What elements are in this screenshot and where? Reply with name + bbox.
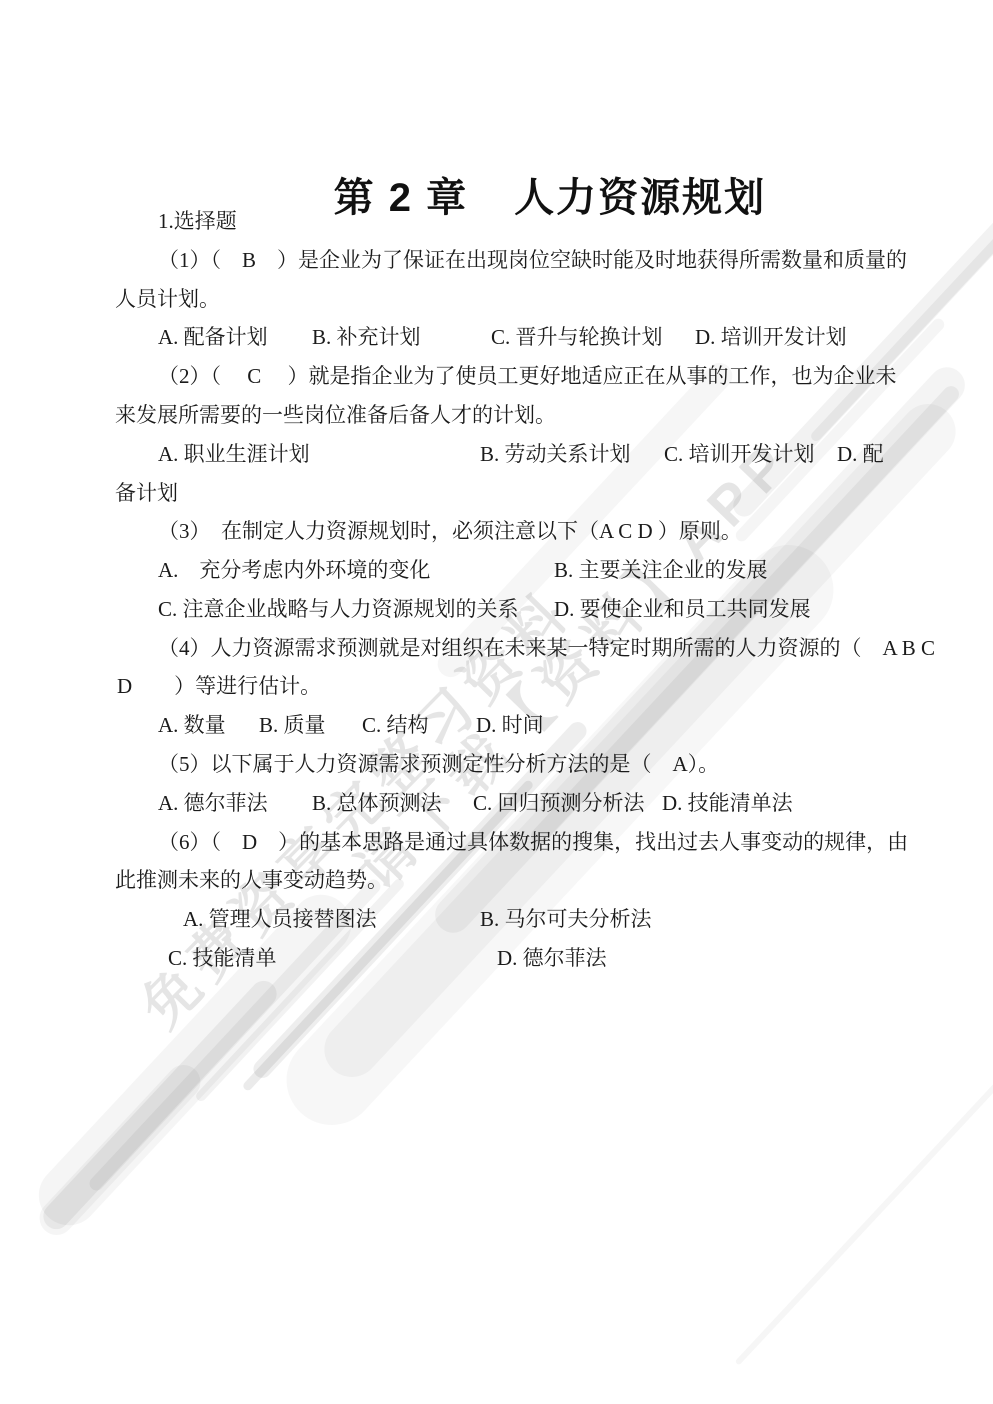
text-line: （6）（ D ）的基本思路是通过具体数据的搜集，找出过去人事变动的规律，由 — [0, 829, 993, 859]
option-item: B. 劳动关系计划 — [480, 441, 631, 467]
option-item: A. 数量 — [158, 712, 226, 738]
text-line: D ）等进行估计。 — [0, 673, 993, 703]
option-item: B. 主要关注企业的发展 — [554, 557, 768, 583]
text-line: 此推测未来的人事变动趋势。 — [0, 867, 993, 897]
text-segment: D ）等进行估计。 — [117, 673, 321, 699]
option-item: B. 补充计划 — [312, 324, 421, 350]
text-line: A. 德尔菲法B. 总体预测法C. 回归预测分析法D. 技能清单法 — [0, 790, 993, 820]
text-segment: 1.选择题 — [158, 208, 237, 234]
option-item: D. 时间 — [476, 712, 544, 738]
option-item: C. 技能清单 — [168, 945, 277, 971]
option-item: A. 德尔菲法 — [158, 790, 268, 816]
option-item: D. 技能清单法 — [662, 790, 793, 816]
text-line: 备计划 — [0, 480, 993, 510]
text-line: （2）（ C ）就是指企业为了使员工更好地适应正在从事的工作，也为企业未 — [0, 363, 993, 393]
document-page: 免费资享完整习资料请下载【资料】APP 第 2 章人力资源规划 1.选择题（1）… — [0, 0, 993, 1404]
option-item: B. 马尔可夫分析法 — [480, 906, 652, 932]
text-line: A. 管理人员接替图法B. 马尔可夫分析法 — [0, 906, 993, 936]
text-segment: （6）（ D ）的基本思路是通过具体数据的搜集，找出过去人事变动的规律，由 — [158, 829, 908, 855]
option-item: D. 培训开发计划 — [695, 324, 847, 350]
text-segment: （4）人力资源需求预测就是对组织在未来某一特定时期所需的人力资源的（ A B C — [158, 635, 935, 661]
text-line: （5）以下属于人力资源需求预测定性分析方法的是（ A）。 — [0, 751, 993, 781]
text-segment: 来发展所需要的一些岗位准备后备人才的计划。 — [115, 402, 556, 428]
option-item: D. 配 — [837, 441, 884, 467]
text-line: 来发展所需要的一些岗位准备后备人才的计划。 — [0, 402, 993, 432]
option-item: C. 结构 — [362, 712, 429, 738]
text-segment: 人员计划。 — [115, 286, 220, 312]
text-line: （4）人力资源需求预测就是对组织在未来某一特定时期所需的人力资源的（ A B C — [0, 635, 993, 665]
text-segment: 此推测未来的人事变动趋势。 — [115, 867, 388, 893]
text-line: 人员计划。 — [0, 286, 993, 316]
text-segment: （3） 在制定人力资源规划时，必须注意以下（A C D ）原则。 — [158, 518, 742, 544]
option-item: D. 要使企业和员工共同发展 — [554, 596, 811, 622]
option-item: B. 质量 — [259, 712, 326, 738]
text-line: （1）（ B ）是企业为了保证在出现岗位空缺时能及时地获得所需数量和质量的 — [0, 247, 993, 277]
text-line: A. 职业生涯计划B. 劳动关系计划C. 培训开发计划D. 配 — [0, 441, 993, 471]
option-item: A. 管理人员接替图法 — [183, 906, 377, 932]
option-item: A. 充分考虑内外环境的变化 — [158, 557, 430, 583]
text-segment: 备计划 — [115, 480, 178, 506]
option-item: C. 培训开发计划 — [664, 441, 815, 467]
option-item: B. 总体预测法 — [312, 790, 442, 816]
option-item: C. 回归预测分析法 — [473, 790, 645, 816]
text-segment: （1）（ B ）是企业为了保证在出现岗位空缺时能及时地获得所需数量和质量的 — [158, 247, 907, 273]
text-segment: （2）（ C ）就是指企业为了使员工更好地适应正在从事的工作，也为企业未 — [158, 363, 897, 389]
chapter-heading: 第 2 章人力资源规划 — [14, 121, 993, 268]
option-item: A. 职业生涯计划 — [158, 441, 310, 467]
text-line: 1.选择题 — [0, 208, 993, 238]
text-line: （3） 在制定人力资源规划时，必须注意以下（A C D ）原则。 — [0, 518, 993, 548]
text-line: A. 充分考虑内外环境的变化B. 主要关注企业的发展 — [0, 557, 993, 587]
document-content: 第 2 章人力资源规划 1.选择题（1）（ B ）是企业为了保证在出现岗位空缺时… — [0, 0, 993, 1404]
option-item: D. 德尔菲法 — [497, 945, 607, 971]
text-segment: （5）以下属于人力资源需求预测定性分析方法的是（ A）。 — [158, 751, 719, 777]
option-item: C. 注意企业战略与人力资源规划的关系 — [158, 596, 519, 622]
option-item: C. 晋升与轮换计划 — [491, 324, 663, 350]
text-line: A. 数量B. 质量C. 结构D. 时间 — [0, 712, 993, 742]
text-line: A. 配备计划B. 补充计划C. 晋升与轮换计划D. 培训开发计划 — [0, 324, 993, 354]
option-item: A. 配备计划 — [158, 324, 268, 350]
text-line: C. 注意企业战略与人力资源规划的关系D. 要使企业和员工共同发展 — [0, 596, 993, 626]
text-line: C. 技能清单D. 德尔菲法 — [0, 945, 993, 975]
